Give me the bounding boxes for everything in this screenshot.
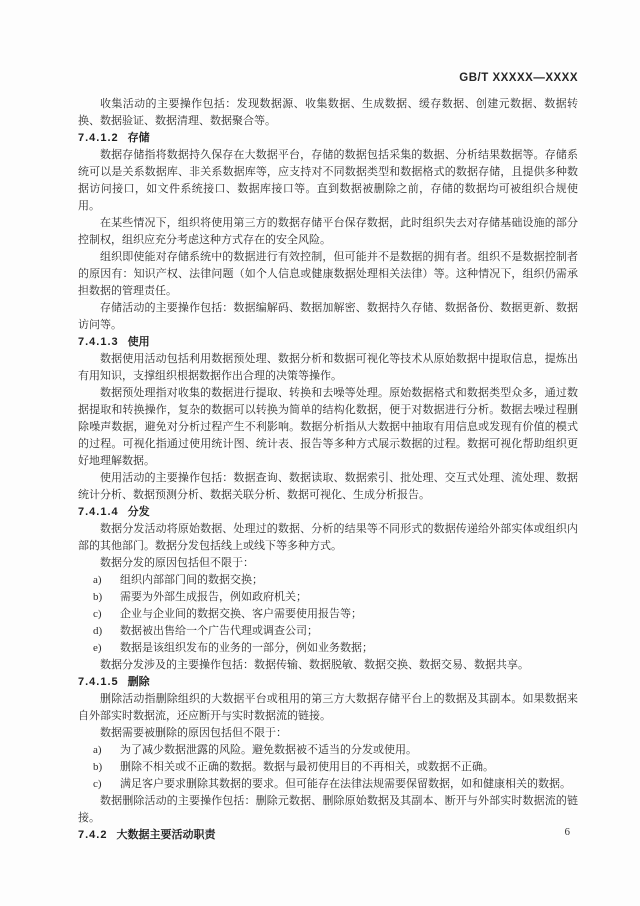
list-item: a)为了减少数据泄露的风险。避免数据被不适当的分发或使用。 [78,742,578,759]
list-item: e)数据是该组织发布的业务的一部分，例如业务数据； [78,640,578,657]
list-item-text: 满足客户要求删除其数据的要求。但可能存在法律法规需要保留数据，如和健康相关的数据… [120,776,578,793]
list-item-text: 需要为外部生成报告，例如政府机关； [120,589,578,606]
list-item-text: 组织内部部门间的数据交换； [120,572,578,589]
list-item-marker: a) [93,742,120,759]
list-item-text: 数据是该组织发布的业务的一部分，例如业务数据； [120,640,578,657]
page-number: 6 [565,826,571,838]
list-item: b)需要为外部生成报告，例如政府机关； [78,589,578,606]
section-heading: 7.4.1.2存储 [78,130,578,147]
list-item: c)满足客户要求删除其数据的要求。但可能存在法律法规需要保留数据，如和健康相关的… [78,776,578,793]
list-item-marker: b) [93,589,120,606]
paragraph: 组织即使能对存储系统中的数据进行有效控制，但可能并不是数据的拥有者。组织不是数据… [78,249,578,300]
paragraph: 数据预处理指对收集的数据进行提取、转换和去噪等处理。原始数据格式和数据类型众多，… [78,385,578,470]
paragraph: 在某些情况下，组织将使用第三方的数据存储平台保存数据，此时组织失去对存储基础设施… [78,215,578,249]
list-item-text: 为了减少数据泄露的风险。避免数据被不适当的分发或使用。 [120,742,578,759]
list-item-marker: e) [93,640,120,657]
document-body: 收集活动的主要操作包括：发现数据源、收集数据、生成数据、缓存数据、创建元数据、数… [78,96,578,844]
list-item-marker: b) [93,759,120,776]
list-item-marker: c) [93,606,120,623]
paragraph: 存储活动的主要操作包括：数据编解码、数据加解密、数据持久存储、数据备份、数据更新… [78,300,578,334]
paragraph: 数据需要被删除的原因包括但不限于： [78,725,578,742]
section-heading: 7.4.1.3使用 [78,334,578,351]
list-item: b)删除不相关或不正确的数据。数据与最初使用目的不再相关，或数据不正确。 [78,759,578,776]
paragraph: 数据分发涉及的主要操作包括：数据传输、数据脱敏、数据交换、数据交易、数据共享。 [78,657,578,674]
paragraph: 数据存储指将数据持久保存在大数据平台，存储的数据包括采集的数据、分析结果数据等。… [78,147,578,215]
paragraph: 数据分发的原因包括但不限于： [78,555,578,572]
paragraph: 数据使用活动包括利用数据预处理、数据分析和数据可视化等技术从原始数据中提取信息，… [78,351,578,385]
heading-title: 存储 [128,132,150,144]
list-item: d)数据被出售给一个广告代理或调查公司； [78,623,578,640]
section-heading: 7.4.2大数据主要活动职责 [78,827,578,844]
paragraph: 删除活动指删除组织的大数据平台或租用的第三方大数据存储平台上的数据及其副本。如果… [78,691,578,725]
paragraph: 使用活动的主要操作包括：数据查询、数据读取、数据索引、批处理、交互式处理、流处理… [78,470,578,504]
paragraph: 数据分发活动将原始数据、处理过的数据、分析的结果等不同形式的数据传递给外部实体或… [78,521,578,555]
heading-number: 7.4.1.4 [78,506,119,518]
list-item: c)企业与企业间的数据交换、客户需要使用报告等； [78,606,578,623]
section-heading: 7.4.1.5删除 [78,674,578,691]
heading-number: 7.4.1.3 [78,336,119,348]
list-item-text: 数据被出售给一个广告代理或调查公司； [120,623,578,640]
paragraph: 收集活动的主要操作包括：发现数据源、收集数据、生成数据、缓存数据、创建元数据、数… [78,96,578,130]
list-item-text: 删除不相关或不正确的数据。数据与最初使用目的不再相关，或数据不正确。 [120,759,578,776]
heading-title: 分发 [128,506,150,518]
list-item: a)组织内部部门间的数据交换； [78,572,578,589]
heading-title: 删除 [128,676,150,688]
list-item-marker: c) [93,776,120,793]
list-item-text: 企业与企业间的数据交换、客户需要使用报告等； [120,606,578,623]
heading-number: 7.4.1.5 [78,676,119,688]
paragraph: 数据删除活动的主要操作包括：删除元数据、删除原始数据及其副本、断开与外部实时数据… [78,793,578,827]
heading-title: 大数据主要活动职责 [116,829,215,841]
heading-number: 7.4.2 [78,829,107,841]
document-page: GB/T XXXXX—XXXX 收集活动的主要操作包括：发现数据源、收集数据、生… [0,0,640,906]
section-heading: 7.4.1.4分发 [78,504,578,521]
heading-title: 使用 [128,336,150,348]
list-item-marker: d) [93,623,120,640]
heading-number: 7.4.1.2 [78,132,119,144]
standard-number-header: GB/T XXXXX—XXXX [459,72,578,84]
list-item-marker: a) [93,572,120,589]
